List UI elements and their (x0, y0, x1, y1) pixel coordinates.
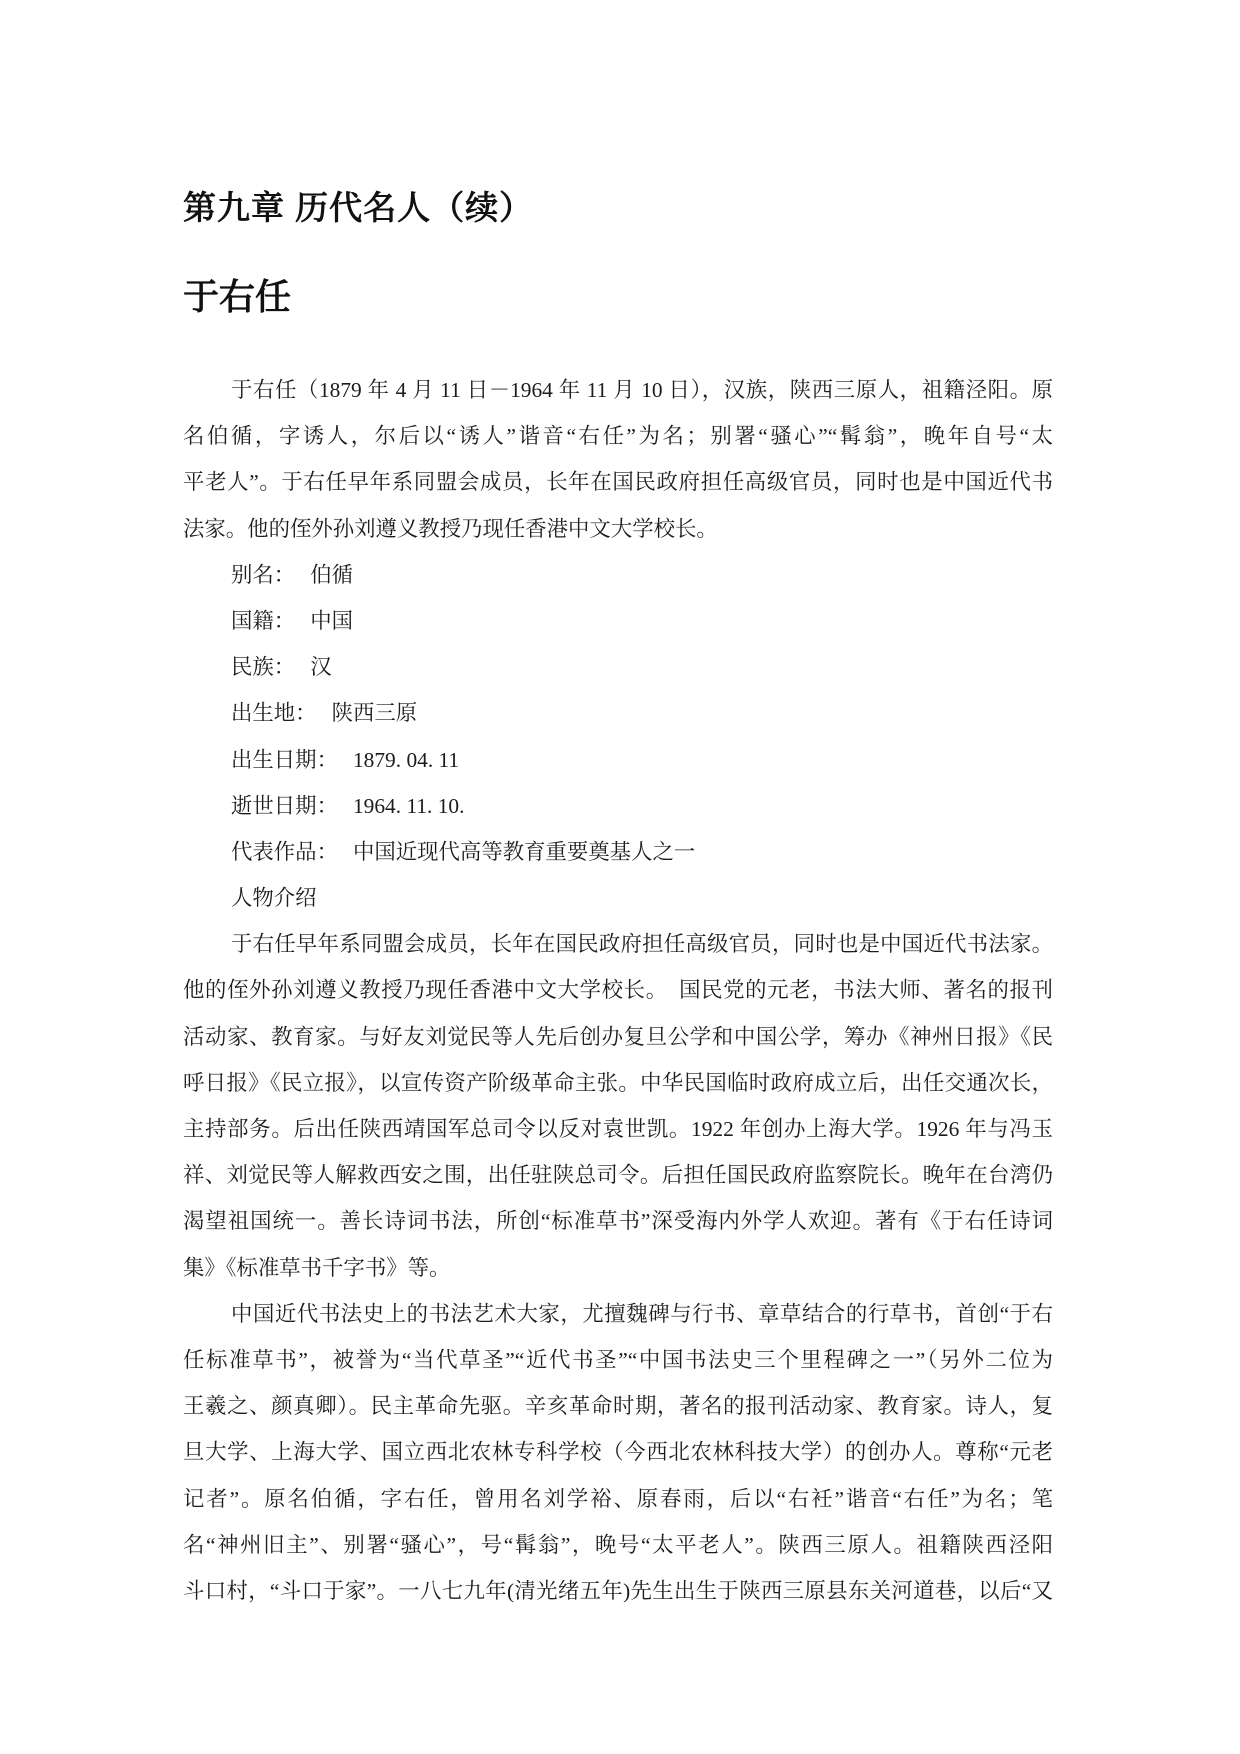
profile-row: 别名：伯循 (183, 552, 1053, 598)
intro-line: 名伯循，字诱人，尔后以“诱人”谐音“右任”为名；别署“骚心”“髯翁”，晚年自号“… (183, 413, 1053, 459)
profile-value: 中国 (310, 609, 353, 633)
profile-label: 代表作品： (231, 840, 338, 864)
document-body: 于右任（1879 年 4 月 11 日－1964 年 11 月 10 日），汉族… (183, 367, 1053, 1614)
profile-row: 代表作品：中国近现代高等教育重要奠基人之一 (183, 829, 1053, 875)
chapter-title: 第九章 历代名人（续） (183, 186, 533, 230)
profile-value: 中国近现代高等教育重要奠基人之一 (353, 840, 695, 864)
biography-line: 祥、刘觉民等人解救西安之围，出任驻陕总司令。后担任国民政府监察院长。晚年在台湾仍 (183, 1152, 1053, 1198)
profile-label: 别名： (231, 563, 295, 587)
profile-row: 国籍：中国 (183, 598, 1053, 644)
document-page: 第九章 历代名人（续） 于右任 于右任（1879 年 4 月 11 日－1964… (0, 0, 1240, 1754)
biography-line: 渴望祖国统一。善长诗词书法，所创“标准草书”深受海内外学人欢迎。著有《于右任诗词 (183, 1198, 1053, 1244)
profile-row: 民族：汉 (183, 644, 1053, 690)
profile-section-label: 人物介绍 (183, 875, 1053, 921)
profile-label: 出生日期： (231, 748, 338, 772)
biography-line: 活动家、教育家。与好友刘觉民等人先后创办复旦公学和中国公学，筹办《神州日报》《民 (183, 1014, 1053, 1060)
biography-line: 集》《标准草书千字书》等。 (183, 1245, 1053, 1291)
profile-value: 汉 (310, 655, 331, 679)
profile-label: 逝世日期： (231, 794, 338, 818)
profile-row: 出生日期：1879. 04. 11 (183, 737, 1053, 783)
biography-line: 呼日报》《民立报》，以宣传资产阶级革命主张。中华民国临时政府成立后，出任交通次长… (183, 1060, 1053, 1106)
profile-label: 国籍： (231, 609, 295, 633)
legacy-line: 名“神州旧主”、别署“骚心”，号“髯翁”，晚号“太平老人”。陕西三原人。祖籍陕西… (183, 1522, 1053, 1568)
profile-value: 陕西三原 (332, 701, 418, 725)
profile-value: 1964. 11. 10. (353, 794, 465, 818)
biography-line: 他的侄外孙刘遵义教授乃现任香港中文大学校长。 国民党的元老，书法大师、著名的报刊 (183, 967, 1053, 1013)
profile-label: 出生地： (231, 701, 317, 725)
legacy-line: 斗口村，“斗口于家”。一八七九年(清光绪五年)先生出生于陕西三原县东关河道巷，以… (183, 1568, 1053, 1614)
biography-line: 于右任早年系同盟会成员，长年在国民政府担任高级官员，同时也是中国近代书法家。 (183, 921, 1053, 967)
legacy-line: 记者”。原名伯循，字右任，曾用名刘学裕、原春雨，后以“右衽”谐音“右任”为名；笔 (183, 1476, 1053, 1522)
intro-line: 法家。他的侄外孙刘遵义教授乃现任香港中文大学校长。 (183, 506, 1053, 552)
legacy-line: 中国近代书法史上的书法艺术大家，尤擅魏碑与行书、章草结合的行草书，首创“于右 (183, 1291, 1053, 1337)
intro-line: 平老人”。于右任早年系同盟会成员，长年在国民政府担任高级官员，同时也是中国近代书 (183, 459, 1053, 505)
profile-value: 1879. 04. 11 (353, 748, 459, 772)
intro-line: 于右任（1879 年 4 月 11 日－1964 年 11 月 10 日），汉族… (183, 367, 1053, 413)
legacy-line: 任标准草书”，被誉为“当代草圣”“近代书圣”“中国书法史三个里程碑之一”（另外二… (183, 1337, 1053, 1383)
profile-row: 出生地：陕西三原 (183, 690, 1053, 736)
legacy-line: 王羲之、颜真卿）。民主革命先驱。辛亥革命时期，著名的报刊活动家、教育家。诗人，复 (183, 1383, 1053, 1429)
profile-label: 民族： (231, 655, 295, 679)
profile-row: 逝世日期：1964. 11. 10. (183, 783, 1053, 829)
biography-line: 主持部务。后出任陕西靖国军总司令以反对袁世凯。1922 年创办上海大学。1926… (183, 1106, 1053, 1152)
person-name-heading: 于右任 (183, 272, 291, 322)
legacy-line: 旦大学、上海大学、国立西北农林专科学校（今西北农林科技大学）的创办人。尊称“元老 (183, 1429, 1053, 1475)
profile-value: 伯循 (310, 563, 353, 587)
